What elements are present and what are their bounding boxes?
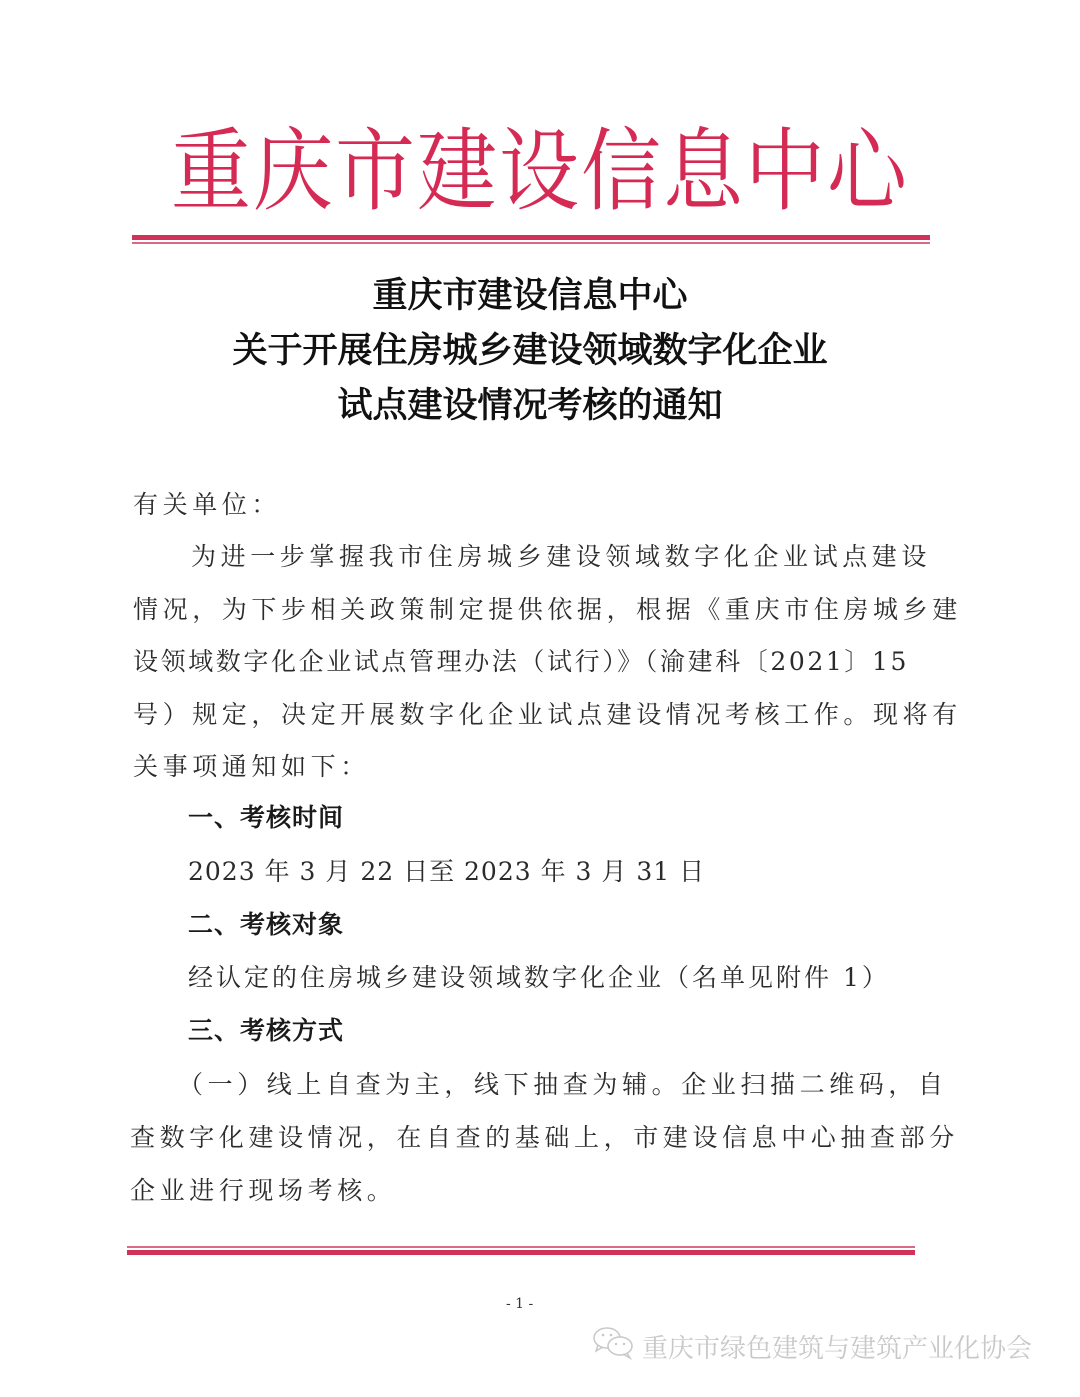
intro-line-4: 号）规定，决定开展数字化企业试点建设情况考核工作。现将有 [133, 695, 962, 731]
section-heading-time: 一、考核时间 [188, 798, 344, 834]
intro-line-1: 为进一步掌握我市住房城乡建设领域数字化企业试点建设 [191, 537, 931, 573]
method-line-1: （一）线上自查为主，线下抽查为辅。企业扫描二维码，自 [178, 1065, 948, 1101]
intro-line-3: 设领域数字化企业试点管理办法（试行）》（渝建科〔2021〕15 [133, 642, 909, 678]
title-line-2: 关于开展住房城乡建设领域数字化企业 [0, 323, 1060, 378]
wechat-icon [592, 1326, 642, 1367]
method-line-2: 查数字化建设情况，在自查的基础上，市建设信息中心抽查部分 [130, 1118, 959, 1154]
method-line-3: 企业进行现场考核。 [130, 1171, 396, 1207]
title-line-1: 重庆市建设信息中心 [0, 268, 1060, 323]
footer-divider [127, 1246, 915, 1255]
watermark-text: 重庆市绿色建筑与建筑产业化协会 [642, 1328, 1032, 1365]
intro-line-5: 关事项通知如下： [133, 747, 370, 783]
masthead-divider [132, 235, 930, 244]
salutation: 有关单位： [133, 485, 281, 521]
section-heading-target: 二、考核对象 [188, 905, 344, 941]
page-number: - 1 - [506, 1296, 533, 1312]
section-content-time: 2023 年 3 月 22 日至 2023 年 3 月 31 日 [188, 852, 705, 888]
intro-line-2: 情况，为下步相关政策制定提供依据，根据《重庆市住房城乡建 [133, 590, 962, 626]
title-line-3: 试点建设情况考核的通知 [0, 378, 1060, 433]
document-title: 重庆市建设信息中心 关于开展住房城乡建设领域数字化企业 试点建设情况考核的通知 [0, 268, 1060, 433]
masthead-org-name: 重庆市建设信息中心 [0, 123, 1080, 224]
section-content-target: 经认定的住房城乡建设领域数字化企业（名单见附件 1） [188, 958, 890, 994]
watermark: 重庆市绿色建筑与建筑产业化协会 [592, 1326, 1032, 1367]
section-heading-method: 三、考核方式 [188, 1011, 344, 1047]
